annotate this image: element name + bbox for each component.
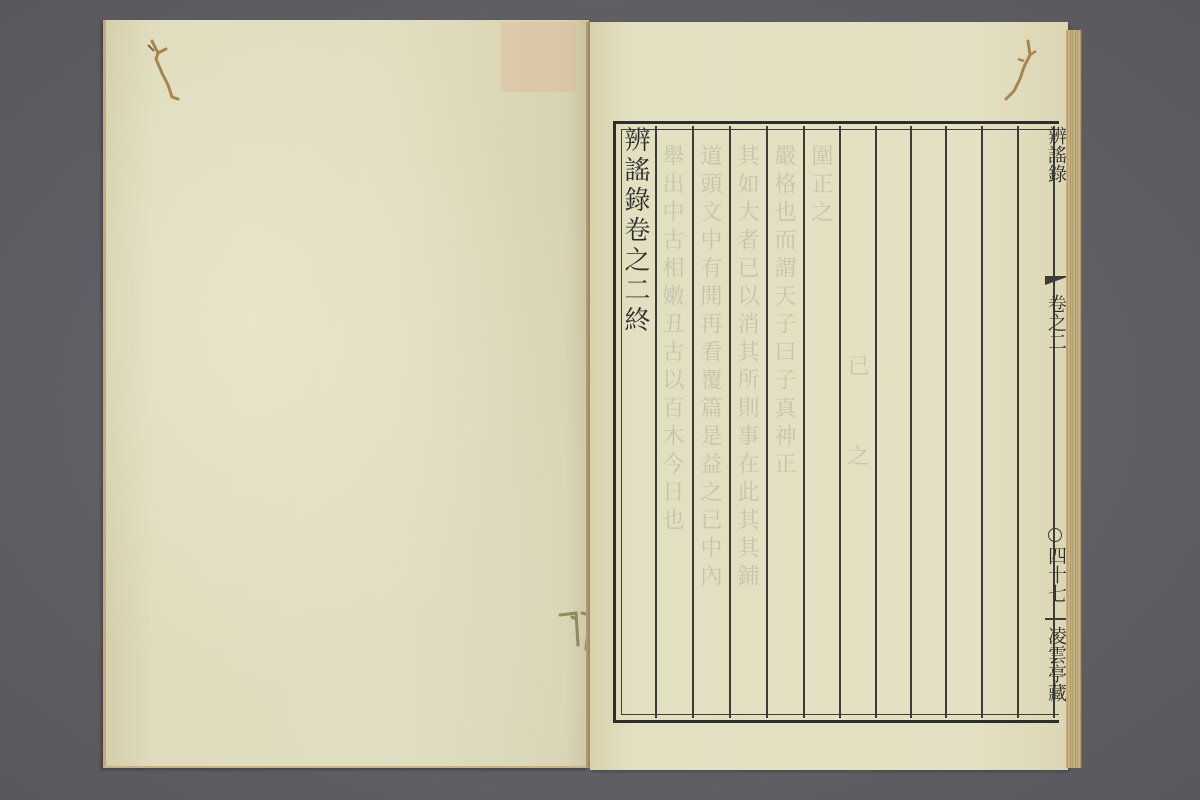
- left-page: [103, 20, 589, 768]
- bleed-through-text: 嚴格也而謂天子曰子真神正: [772, 144, 798, 704]
- center-fold-margin: 辨謠錄 卷之二 四十七 凌雲亭藏: [1045, 126, 1067, 720]
- book-scan: 辨謠錄卷之二終 舉出中古相嫩丑古以百木今日也 道頭文中有開再看覆篇是益之已中內 …: [0, 0, 1200, 800]
- column-rule: [692, 126, 694, 718]
- column-rule: [945, 126, 947, 718]
- page-stack-edges: [1066, 30, 1082, 768]
- column-rule: [655, 126, 657, 718]
- banxin-collection-mark: 凌雲亭藏: [1045, 626, 1067, 702]
- column-rule: [1017, 126, 1019, 718]
- faint-seal-mark: [501, 22, 576, 92]
- binding-thread-icon: [1000, 37, 1040, 107]
- fishtail-mark: [1045, 276, 1067, 290]
- column-rule: [910, 126, 912, 718]
- banxin-volume: 卷之二: [1045, 294, 1067, 351]
- volume-end-colophon: 辨謠錄卷之二終: [618, 126, 650, 336]
- column-rule: [766, 126, 768, 718]
- bleed-through-text: 其如大者已以消其所則事在此其其鋪: [735, 144, 761, 704]
- bleed-through-text: 之: [845, 444, 871, 504]
- bleed-through-text: 圍正之: [809, 144, 835, 264]
- printed-frame: 辨謠錄卷之二終 舉出中古相嫩丑古以百木今日也 道頭文中有開再看覆篇是益之已中內 …: [613, 121, 1059, 723]
- bleed-through-text: 已: [845, 354, 871, 414]
- column-rule: [803, 126, 805, 718]
- column-rule: [729, 126, 731, 718]
- circle-mark: [1048, 528, 1062, 542]
- column-rule: [875, 126, 877, 718]
- banxin-title: 辨謠錄: [1045, 126, 1067, 183]
- banxin-page-number: 四十七: [1045, 546, 1067, 603]
- right-page: 辨謠錄卷之二終 舉出中古相嫩丑古以百木今日也 道頭文中有開再看覆篇是益之已中內 …: [590, 22, 1068, 770]
- column-rule: [981, 126, 983, 718]
- column-rule: [839, 126, 841, 718]
- bleed-through-text: 道頭文中有開再看覆篇是益之已中內: [698, 144, 724, 704]
- bleed-through-text: 舉出中古相嫩丑古以百木今日也: [660, 144, 686, 704]
- binding-thread-icon: [142, 35, 182, 105]
- banxin-rule: [1045, 618, 1067, 620]
